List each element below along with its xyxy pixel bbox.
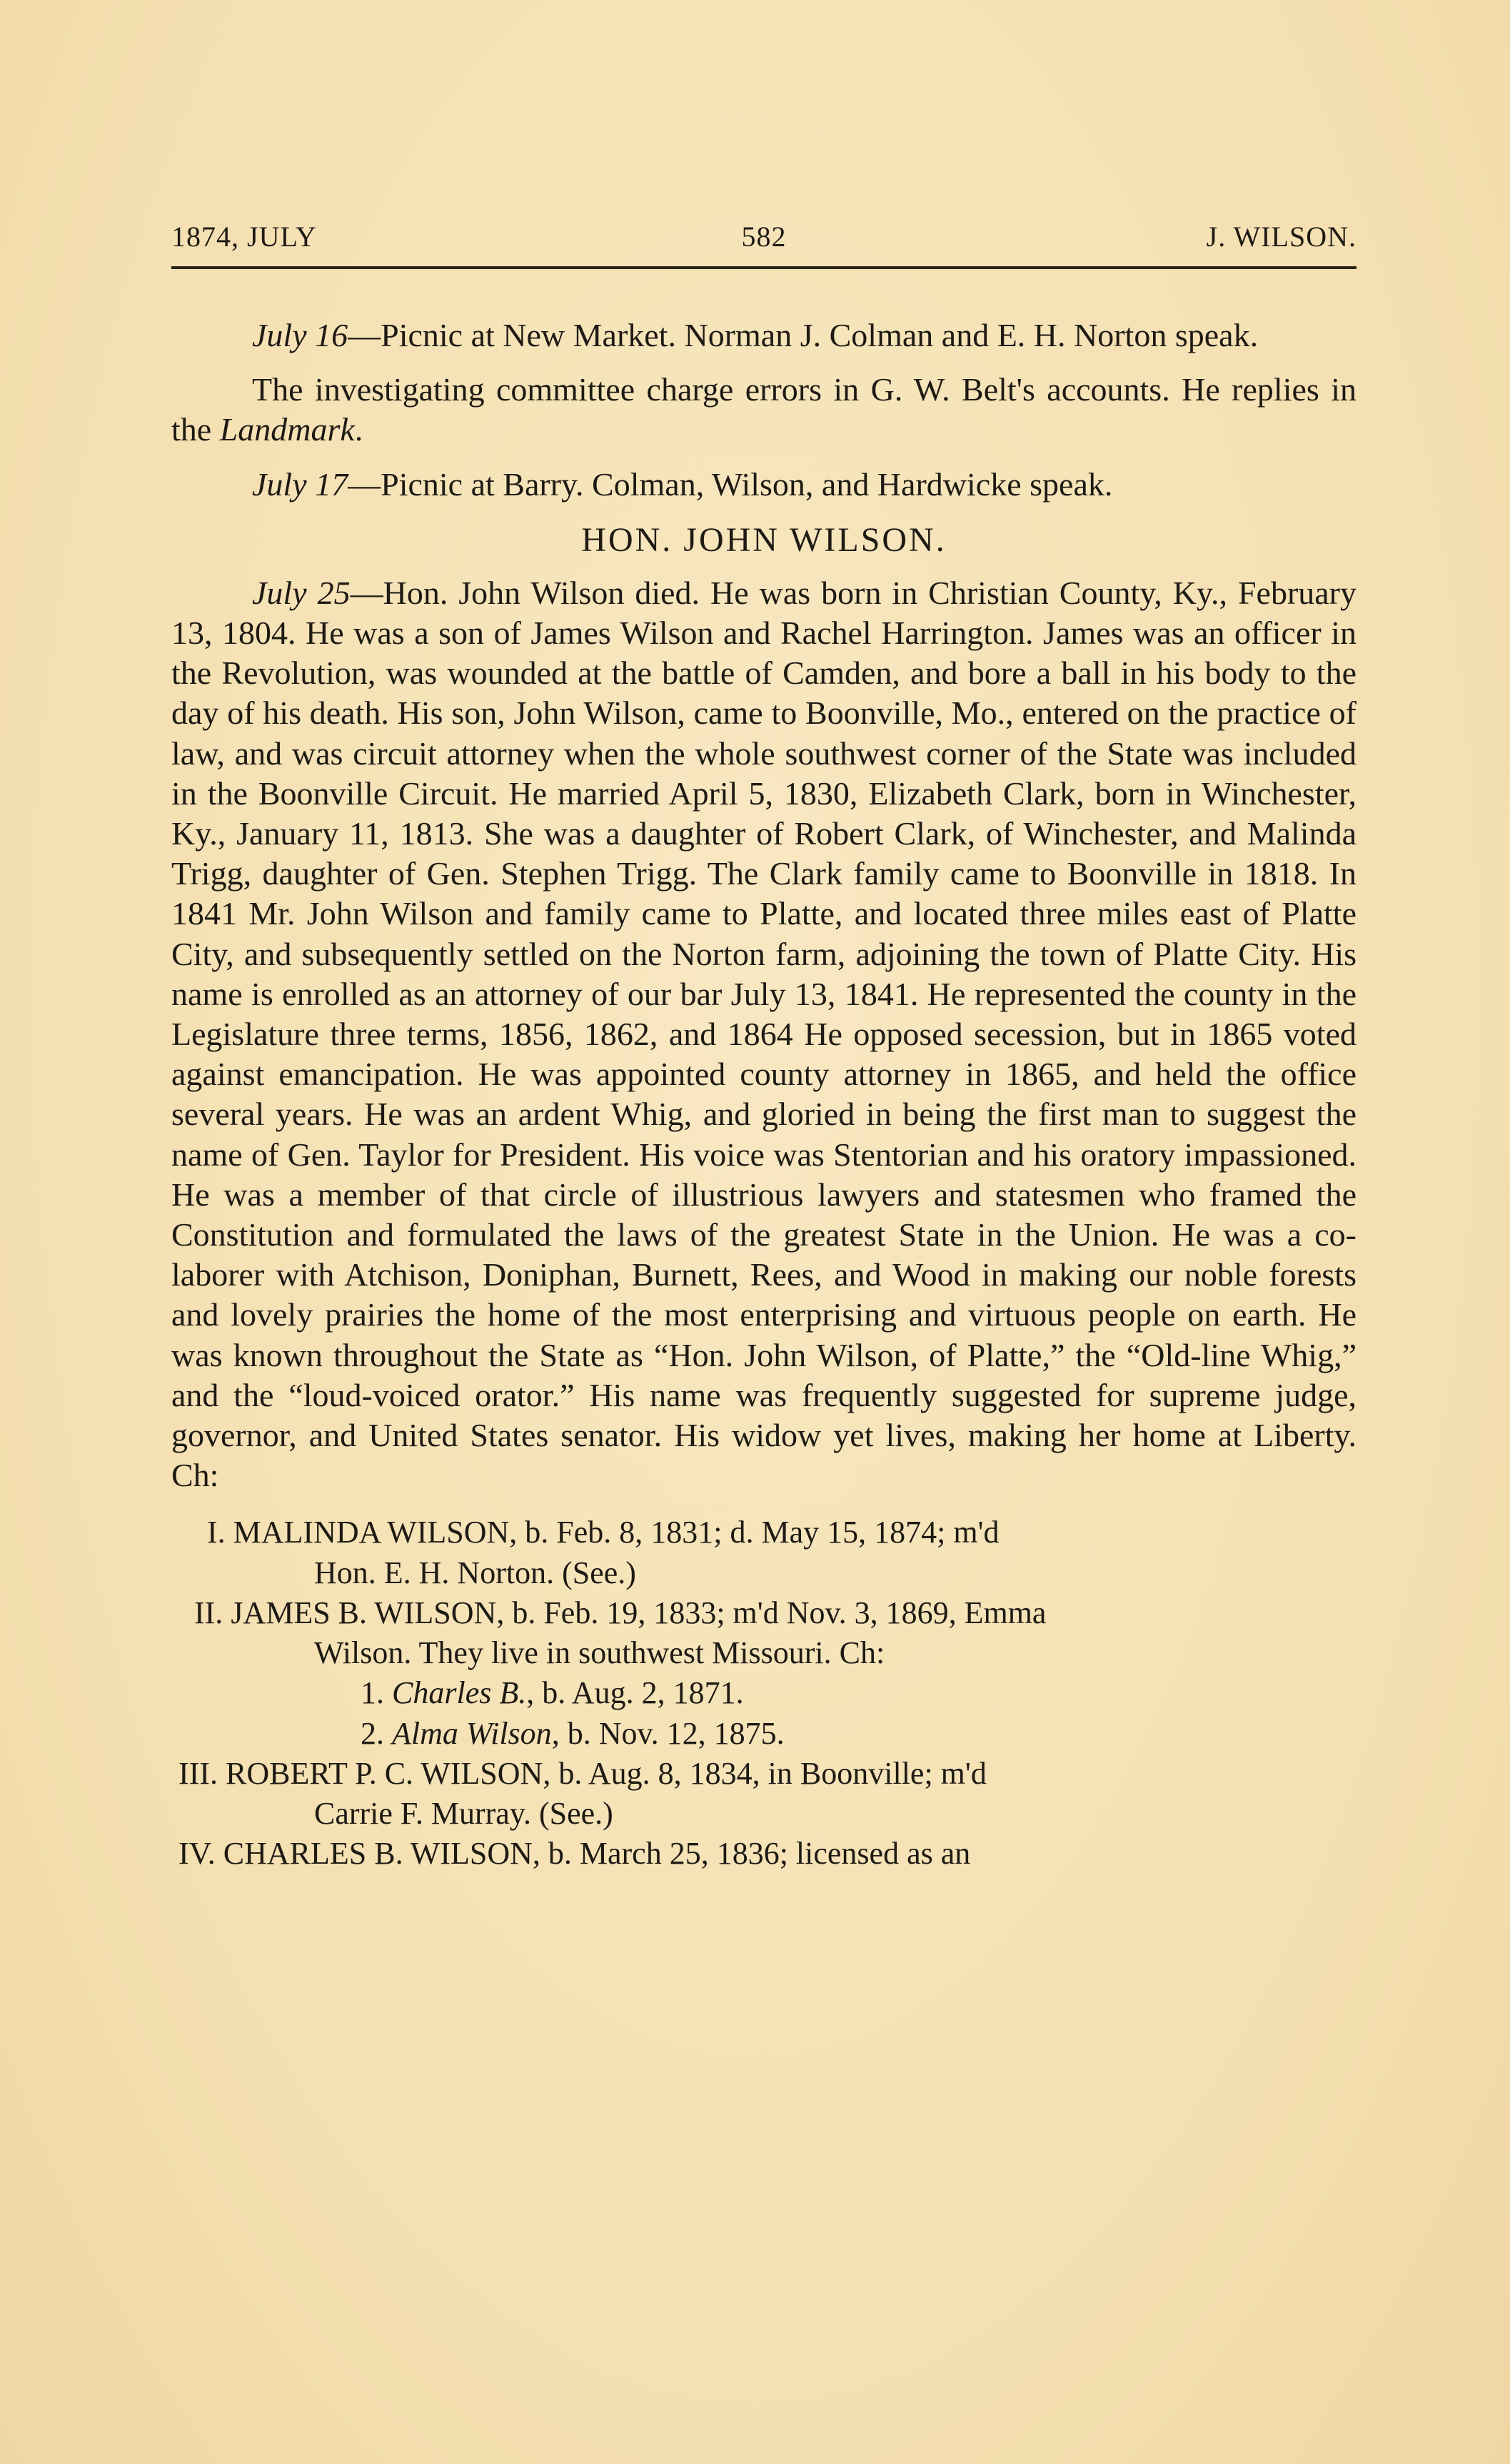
- newspaper-title: Landmark: [220, 411, 355, 448]
- biography-text: —Hon. John Wilson died. He was born in C…: [171, 575, 1357, 1493]
- section-heading: HON. JOHN WILSON.: [171, 517, 1357, 563]
- child-entry: I. MALINDA WILSON, b. Feb. 8, 1831; d. M…: [171, 1513, 1357, 1552]
- running-header: 1874, JULY 582 J. WILSON.: [171, 220, 1357, 256]
- child-entry: III. ROBERT P. C. WILSON, b. Aug. 8, 183…: [171, 1754, 1357, 1794]
- child-entry-continued: Wilson. They live in southwest Missouri.…: [171, 1633, 1357, 1673]
- entry-text: —Picnic at Barry. Colman, Wilson, and Ha…: [348, 466, 1112, 503]
- header-rule: [171, 266, 1357, 269]
- child-entry-continued: Carrie F. Murray. (See.): [171, 1794, 1357, 1834]
- children-list: I. MALINDA WILSON, b. Feb. 8, 1831; d. M…: [171, 1513, 1357, 1874]
- child-entry: II. JAMES B. WILSON, b. Feb. 19, 1833; m…: [171, 1593, 1357, 1633]
- entry-july-16: July 16—Picnic at New Market. Norman J. …: [171, 315, 1357, 355]
- grandchild-name: Charles B.: [392, 1675, 526, 1710]
- child-entry: IV. CHARLES B. WILSON, b. March 25, 1836…: [171, 1834, 1357, 1874]
- entry-committee: The investigating committee charge error…: [171, 370, 1357, 450]
- entry-july-17: July 17—Picnic at Barry. Colman, Wilson,…: [171, 465, 1357, 505]
- grandchild-name: Alma Wilson: [392, 1716, 552, 1751]
- entry-date: July 16: [252, 317, 348, 353]
- entry-date: July 25: [252, 575, 351, 611]
- entry-text: —Picnic at New Market. Norman J. Colman …: [348, 317, 1258, 353]
- header-subject: J. WILSON.: [1207, 220, 1357, 253]
- child-entry-continued: Hon. E. H. Norton. (See.): [171, 1553, 1357, 1593]
- biography-paragraph: July 25—Hon. John Wilson died. He was bo…: [171, 573, 1357, 1496]
- grandchild-entry: 1. Charles B., b. Aug. 2, 1871.: [171, 1673, 1357, 1713]
- page-number: 582: [171, 220, 1357, 253]
- page-body: July 16—Picnic at New Market. Norman J. …: [171, 315, 1357, 1874]
- grandchild-entry: 2. Alma Wilson, b. Nov. 12, 1875.: [171, 1714, 1357, 1754]
- entry-date: July 17: [252, 466, 348, 503]
